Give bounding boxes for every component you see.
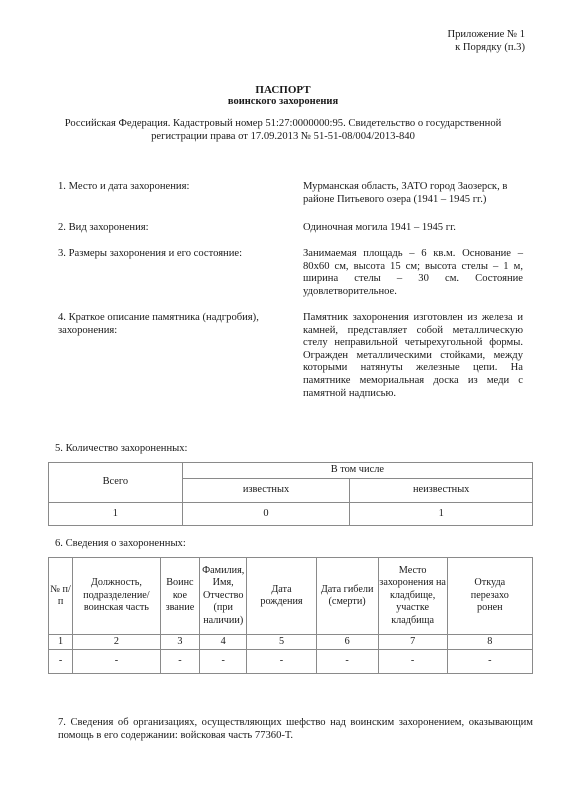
section-3-label: 3. Размеры захоронения и его состояние: (58, 248, 278, 261)
header-unknown: неизвестных (350, 479, 533, 503)
section-5-heading: 5. Количество захороненных: (55, 443, 187, 456)
section-1-label: 1. Место и дата захоронения: (58, 181, 278, 194)
col-number: 4 (200, 635, 247, 650)
header-known: известных (182, 479, 350, 503)
table-header-row: № п/ п Должность, подразделение/ воинска… (49, 558, 533, 635)
col-number: 6 (316, 635, 378, 650)
table-cell: - (73, 650, 161, 674)
header-including: В том числе (182, 463, 532, 479)
burial-count-table: Всего В том числе известных неизвестных … (48, 462, 533, 526)
table-cell: - (200, 650, 247, 674)
table-cell: - (160, 650, 199, 674)
table-row: 1 0 1 (49, 503, 533, 526)
table-cell: - (316, 650, 378, 674)
header-rank: Воинс кое звание (160, 558, 199, 635)
table-cell: - (247, 650, 316, 674)
col-number: 2 (73, 635, 161, 650)
section-2-label: 2. Вид захоронения: (58, 222, 278, 235)
section-2-value: Одиночная могила 1941 – 1945 гг. (303, 222, 523, 235)
appendix-reference: к Порядку (п.3) (447, 41, 525, 54)
table-number-row: 1 2 3 4 5 6 7 8 (49, 635, 533, 650)
buried-persons-table: № п/ п Должность, подразделение/ воинска… (48, 557, 533, 674)
table-cell: - (447, 650, 532, 674)
cadastre-info: Российская Федерация. Кадастровый номер … (60, 118, 506, 143)
header-death-date: Дата гибели (смерти) (316, 558, 378, 635)
section-4-label: 4. Краткое описание памятника (надгробия… (58, 312, 283, 337)
col-number: 3 (160, 635, 199, 650)
title-sub: воинского захоронения (0, 96, 566, 108)
section-7-patronage: 7. Сведения об организациях, осуществляю… (58, 716, 533, 742)
appendix-note: Приложение № 1 к Порядку (п.3) (447, 28, 525, 54)
section-1-value: Мурманская область, ЗАТО город Заозерск,… (303, 181, 538, 206)
header-full-name: Фамилия, Имя, Отчество (при наличии) (200, 558, 247, 635)
cell-known: 0 (182, 503, 350, 526)
col-number: 5 (247, 635, 316, 650)
header-total: Всего (49, 463, 183, 503)
cell-total: 1 (49, 503, 183, 526)
cell-unknown: 1 (350, 503, 533, 526)
col-number: 8 (447, 635, 532, 650)
header-number: № п/ п (49, 558, 73, 635)
appendix-number: Приложение № 1 (447, 28, 525, 41)
table-row: - - - - - - - - (49, 650, 533, 674)
header-birth-date: Дата рождения (247, 558, 316, 635)
document-title: ПАСПОРТ воинского захоронения (0, 84, 566, 108)
title-main: ПАСПОРТ (0, 84, 566, 96)
header-position: Должность, подразделение/ воинская часть (73, 558, 161, 635)
col-number: 7 (378, 635, 447, 650)
col-number: 1 (49, 635, 73, 650)
table-cell: - (49, 650, 73, 674)
header-reburied-from: Откуда перезахо ронен (447, 558, 532, 635)
section-6-heading: 6. Сведения о захороненных: (55, 538, 186, 551)
section-4-value: Памятник захоронения изготовлен из желез… (303, 312, 523, 400)
section-3-value: Занимаемая площадь – 6 кв.м. Основание –… (303, 248, 523, 298)
header-burial-place: Место захоронения на кладбище, участке к… (378, 558, 447, 635)
table-cell: - (378, 650, 447, 674)
